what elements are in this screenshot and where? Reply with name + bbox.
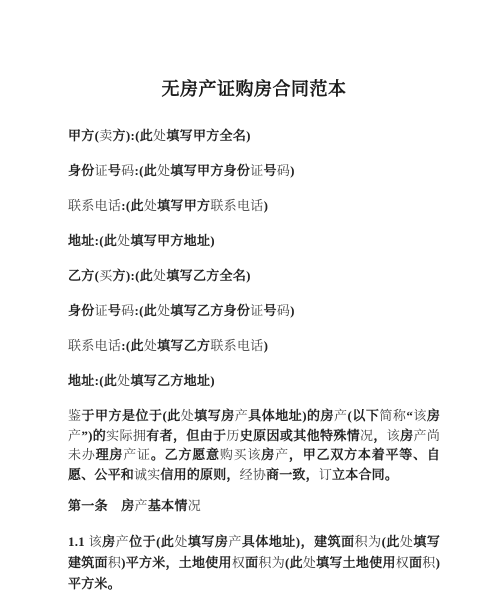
section-1-heading: 第一条 房产基本情况 <box>68 496 440 516</box>
party-b-phone-line: 联系电话:(此处填写乙方联系电话) <box>68 336 440 356</box>
clause-1-1-paragraph: 1.1 该房产位于(此处填写房产具体地址)，建筑面积为(此处填写建筑面积)平方米… <box>68 531 440 594</box>
party-a-phone-line: 联系电话:(此处填写甲方联系电话) <box>68 196 440 216</box>
document-title: 无房产证购房合同范本 <box>68 76 440 102</box>
party-b-address-line: 地址:(此处填写乙方地址) <box>68 371 440 391</box>
party-b-name-line: 乙方(买方):(此处填写乙方全名) <box>68 266 440 286</box>
party-a-name-line: 甲方(卖方):(此处填写甲方全名) <box>68 126 440 146</box>
party-b-id-line: 身份证号码:(此处填写乙方身份证号码) <box>68 301 440 321</box>
party-a-id-line: 身份证号码:(此处填写甲方身份证号码) <box>68 161 440 181</box>
preamble-paragraph: 鉴于甲方是位于(此处填写房产具体地址)的房产(以下简称“该房产”)的实际拥有者，… <box>68 406 440 484</box>
contract-document-page: 无房产证购房合同范本 甲方(卖方):(此处填写甲方全名) 身份证号码:(此处填写… <box>0 0 500 597</box>
party-a-address-line: 地址:(此处填写甲方地址) <box>68 231 440 251</box>
